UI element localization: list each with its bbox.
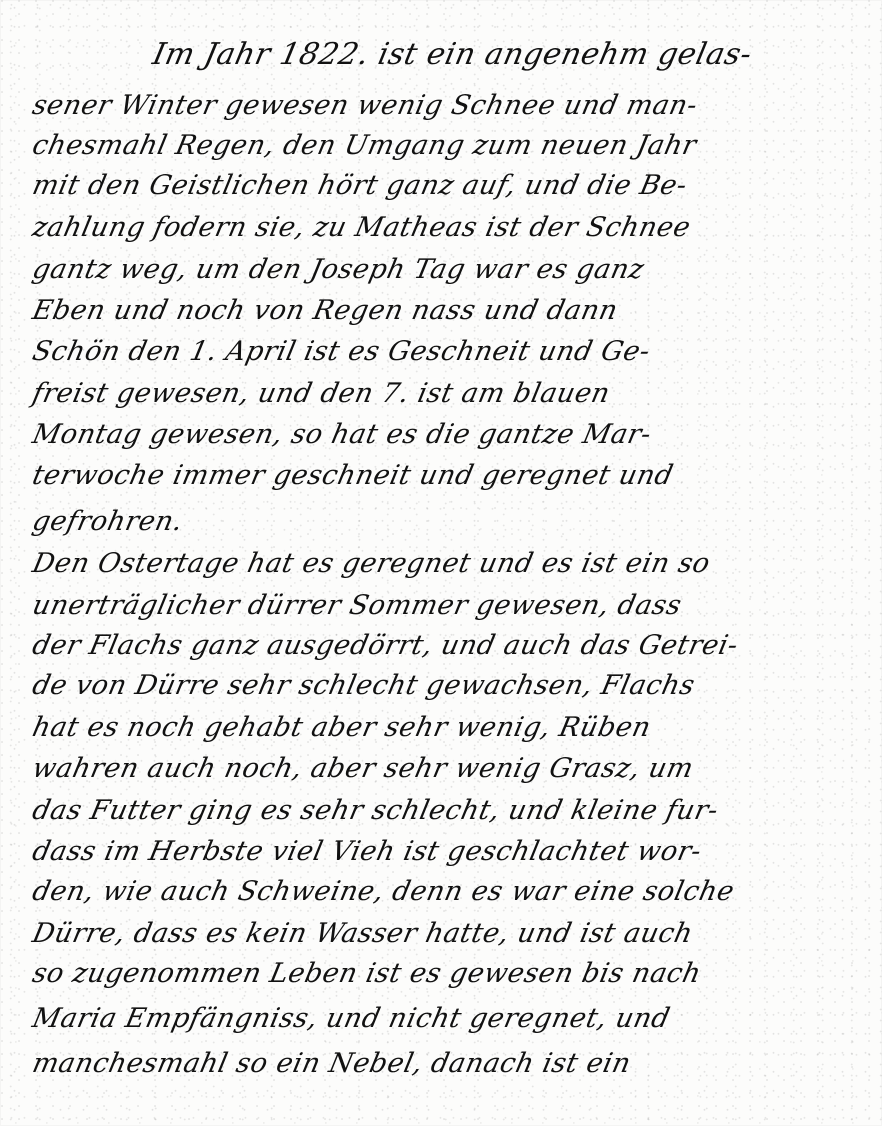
manuscript-line-22: Dürre, dass es kein Wasser hatte, und is… [30, 920, 695, 947]
manuscript-line-20: dass im Herbste viel Vieh ist geschlacht… [30, 838, 704, 865]
manuscript-page: Im Jahr 1822. ist ein angenehm gelas- se… [0, 0, 882, 1126]
manuscript-line-13: Den Ostertage hat es geregnet und es ist… [30, 550, 713, 577]
manuscript-line-5: zahlung fodern sie, zu Matheas ist der S… [30, 214, 693, 241]
manuscript-line-3: chesmahl Regen, den Umgang zum neuen Jah… [30, 132, 699, 159]
manuscript-line-12: gefrohren. [30, 508, 185, 535]
manuscript-line-24: Maria Empfängniss, und nicht geregnet, u… [30, 1005, 672, 1032]
manuscript-line-10: Montag gewesen, so hat es die gantze Mar… [30, 421, 654, 448]
manuscript-line-18: wahren auch noch, aber sehr wenig Grasz,… [30, 755, 696, 782]
manuscript-line-2: sener Winter gewesen wenig Schnee und ma… [30, 92, 700, 119]
manuscript-line-7: Eben und noch von Regen nass und dann [30, 297, 620, 324]
manuscript-line-25: manchesmahl so ein Nebel, danach ist ein [30, 1050, 633, 1077]
manuscript-line-4: mit den Geistlichen hört ganz auf, und d… [30, 172, 690, 199]
manuscript-line-8: Schön den 1. April ist es Geschneit und … [30, 338, 653, 365]
manuscript-line-15: der Flachs ganz ausgedörrt, und auch das… [30, 632, 741, 659]
manuscript-line-6: gantz weg, um den Joseph Tag war es ganz [30, 256, 647, 283]
manuscript-line-19: das Futter ging es sehr schlecht, und kl… [30, 797, 721, 824]
manuscript-line-16: de von Dürre sehr schlecht gewachsen, Fl… [30, 672, 697, 699]
manuscript-line-14: unerträglicher dürrer Sommer gewesen, da… [30, 592, 684, 619]
manuscript-line-21: den, wie auch Schweine, denn es war eine… [30, 878, 737, 905]
manuscript-line-1: Im Jahr 1822. ist ein angenehm gelas- [150, 40, 755, 70]
manuscript-line-9: freist gewesen, und den 7. ist am blauen [30, 380, 612, 407]
manuscript-line-23: so zugenommen Leben ist es gewesen bis n… [30, 960, 704, 987]
manuscript-line-11: terwoche immer geschneit und geregnet un… [30, 462, 676, 489]
manuscript-line-17: hat es noch gehabt aber sehr wenig, Rübe… [30, 714, 653, 741]
